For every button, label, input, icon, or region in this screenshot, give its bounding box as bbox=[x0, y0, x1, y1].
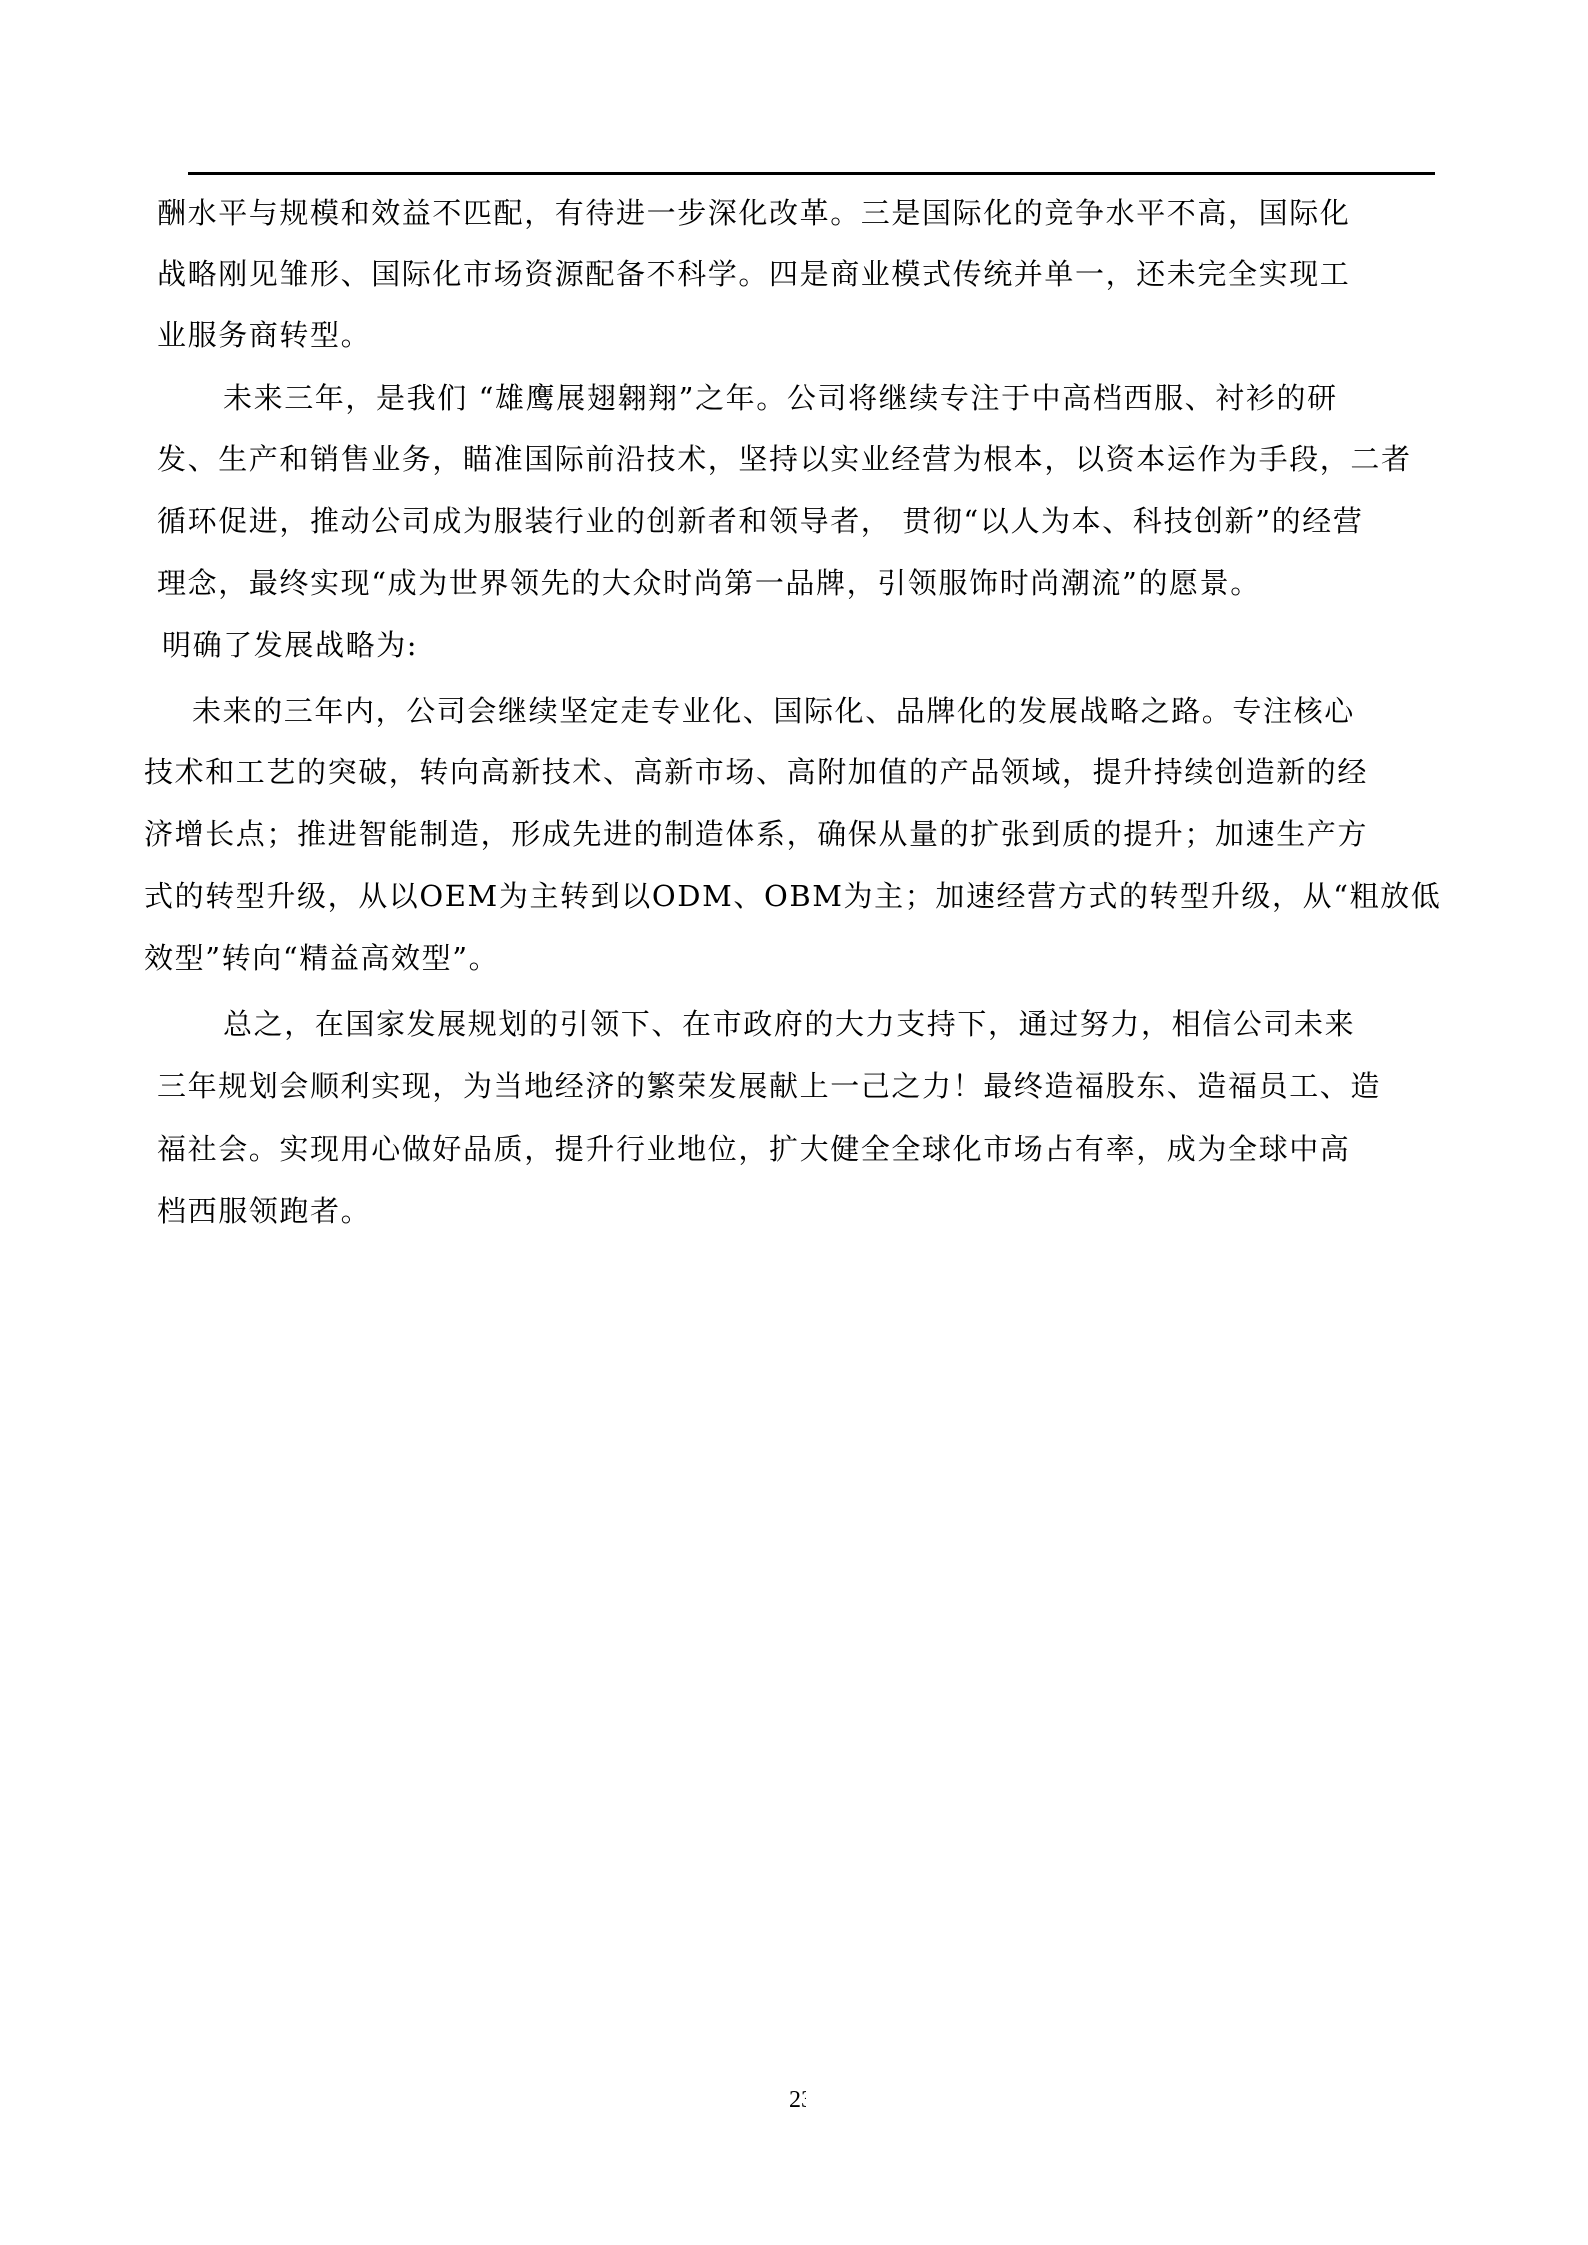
paragraph-line: 总之，在国家发展规划的引领下、在市政府的大力支持下，通过努力，相信公司未来 bbox=[223, 1007, 1355, 1041]
paragraph-line: 发、生产和销售业务，瞄准国际前沿技术，坚持以实业经营为根本，以资本运作为手段，二… bbox=[157, 442, 1412, 476]
paragraph-line: 业服务商转型。 bbox=[157, 318, 371, 352]
paragraph-line: 未来三年，是我们 “雄鹰展翅翱翔”之年。公司将继续专注于中高档西服、衬衫的研 bbox=[223, 381, 1338, 415]
paragraph-line: 档西服领跑者。 bbox=[157, 1194, 371, 1228]
paragraph-line: 循环促进，推动公司成为服装行业的创新者和领导者， 贯彻“以人为本、科技创新”的经… bbox=[157, 504, 1363, 538]
header-rule bbox=[188, 172, 1435, 175]
paragraph-line: 效型”转向“精益高效型”。 bbox=[144, 941, 499, 975]
paragraph-line: 酬水平与规模和效益不匹配，有待进一步深化改革。三是国际化的竞争水平不高，国际化 bbox=[157, 196, 1350, 230]
paragraph-line: 理念，最终实现“成为世界领先的大众时尚第一品牌，引领服饰时尚潮流”的愿景。 bbox=[157, 566, 1261, 600]
paragraph-line: 福社会。实现用心做好品质，提升行业地位，扩大健全全球化市场占有率，成为全球中高 bbox=[157, 1132, 1350, 1166]
paragraph-line: 未来的三年内，公司会继续坚定走专业化、国际化、品牌化的发展战略之路。专注核心 bbox=[192, 694, 1355, 728]
strategy-intro-heading: 明确了发展战略为: bbox=[162, 628, 418, 662]
page-number: 23 bbox=[789, 2086, 806, 2114]
paragraph-line: 三年规划会顺利实现，为当地经济的繁荣发展献上一己之力！最终造福股东、造福员工、造 bbox=[157, 1069, 1381, 1103]
paragraph-line: 战略刚见雏形、国际化市场资源配备不科学。四是商业模式传统并单一，还未完全实现工 bbox=[157, 257, 1350, 291]
paragraph-line: 济增长点；推进智能制造，形成先进的制造体系，确保从量的扩张到质的提升；加速生产方 bbox=[144, 817, 1368, 851]
paragraph-line: 式的转型升级，从以OEM为主转到以ODM、OBM为主；加速经营方式的转型升级，从… bbox=[144, 879, 1441, 913]
paragraph-line: 技术和工艺的突破，转向高新技术、高新市场、高附加值的产品领域，提升持续创造新的经 bbox=[144, 755, 1368, 789]
